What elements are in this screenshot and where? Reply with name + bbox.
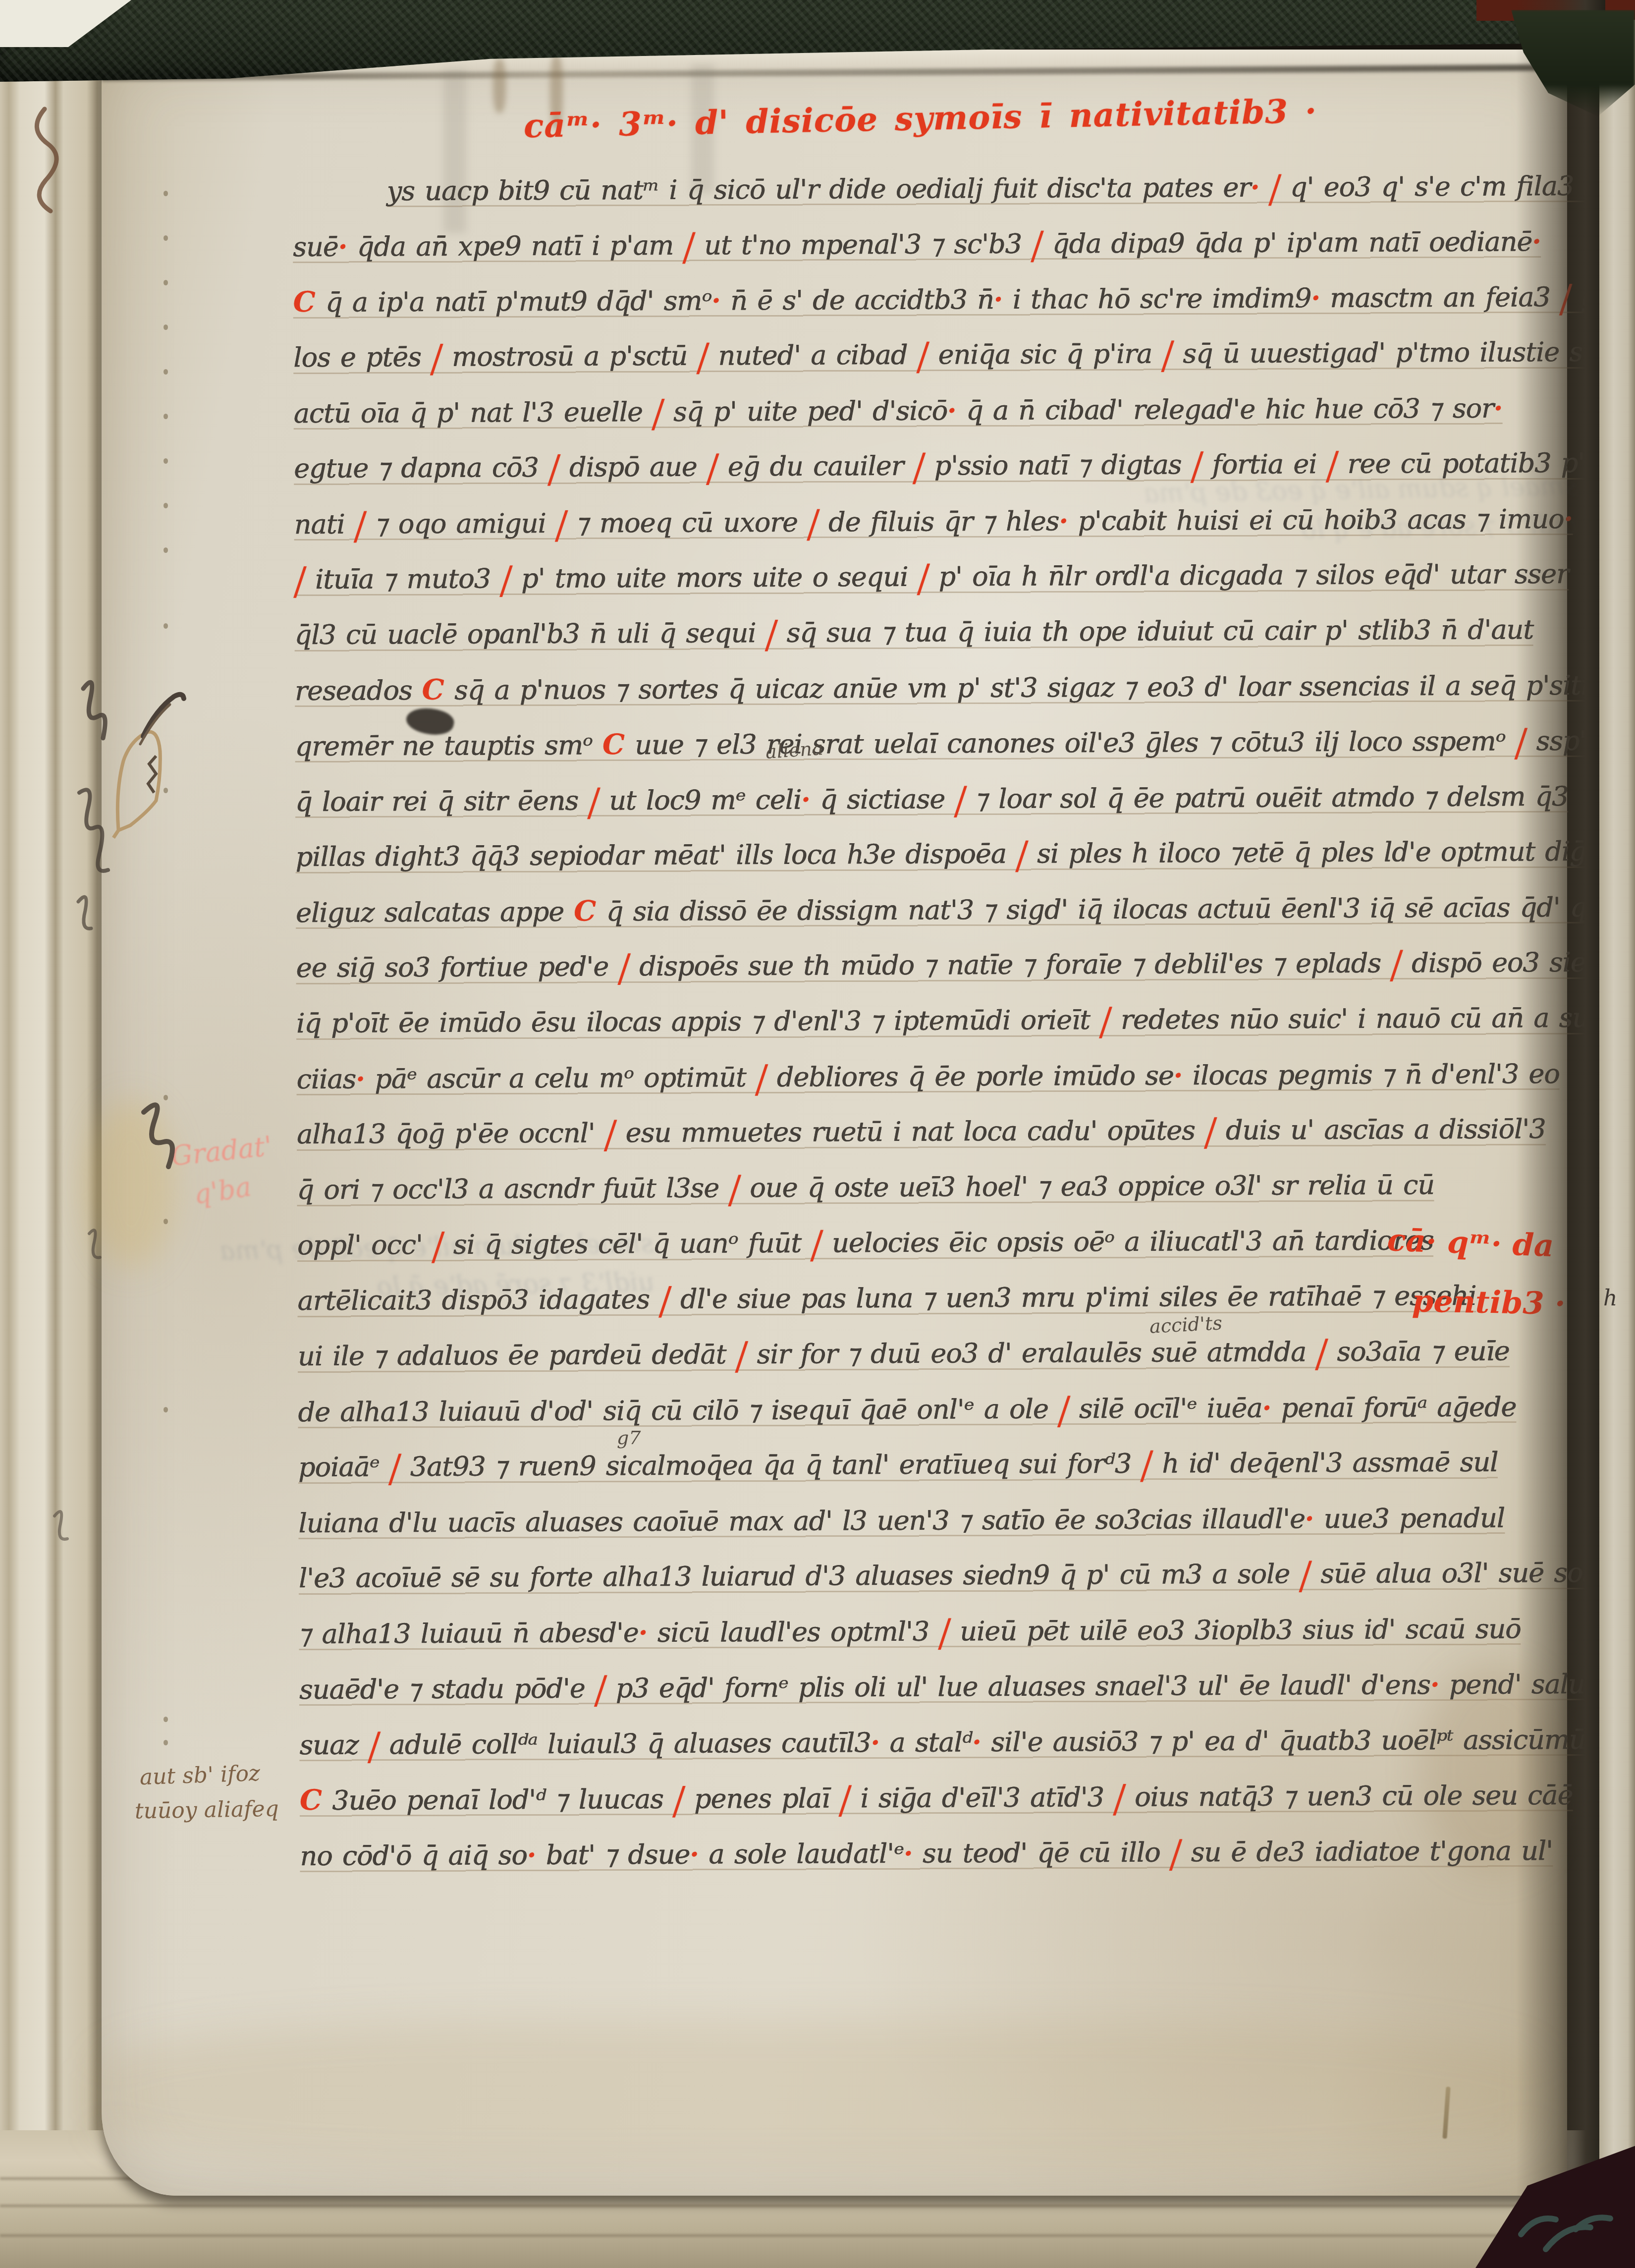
- manuscript-text-line: alha13 q̄oḡ p'ēe occnl' / esu mmuetes ru…: [297, 1106, 1546, 1167]
- binding-stain-drip: [493, 58, 506, 113]
- manuscript-text-line: eliguz salcatas appe C q̄ sia dissō ēe d…: [296, 884, 1603, 945]
- manuscript-page: smael q̄ sdum ail'e q̄ eo3 de p'ma uidl'…: [102, 50, 1567, 2196]
- pricking-dot: [163, 1740, 168, 1745]
- manuscript-text-line: luiana d'lu uacīs aluases caoīuē max ad'…: [298, 1495, 1505, 1556]
- manuscript-text-line: ⁊ alha13 luiauū n̄ abesd'e· sicū laudl'e…: [299, 1606, 1521, 1667]
- pricking-dot: [163, 191, 168, 196]
- manuscript-text-line: / ituīa ⁊ muto3 / p' tmo uite mors uite …: [294, 551, 1569, 612]
- manuscript-text-line: poiaāᵉ / 3at93 ⁊ ruen9 sicalmoq̄ea q̄a q…: [298, 1439, 1498, 1500]
- manuscript-text-line: l'e3 acoīuē sē su forte alha13 luiarud d…: [299, 1550, 1631, 1611]
- stacked-page-edges-left: [0, 42, 114, 2268]
- pricking-dot: [163, 503, 168, 508]
- manuscript-text-line: artēlicait3 dispō3 idagates / dl'e siue …: [297, 1273, 1476, 1334]
- margin-note-left-faded-line2: q'ba: [192, 1171, 254, 1210]
- manuscript-text-line: qremēr ne tauptis smᵒ C uue ⁊ el3 rei sr…: [295, 717, 1635, 779]
- pricking-dot: [163, 1219, 168, 1224]
- parchment-stain: [102, 2021, 1538, 2170]
- manuscript-text-line: reseados C sq̄ a p'nuos ⁊ sortes q̄ uica…: [295, 662, 1604, 723]
- manuscript-text-line: q̄ loair rei q̄ sitr ēens / ut loc9 mᵉ c…: [295, 773, 1569, 834]
- manuscript-text-line: q̄l3 cū uaclē opanl'b3 n̄ uli q̄ sequi /…: [294, 607, 1533, 668]
- pricking-dot: [163, 324, 168, 330]
- manuscript-text-line: no cōd'ō q̄ aiq̄ so· bat' ⁊ dsue· a sole…: [300, 1828, 1553, 1889]
- margin-note-left-faded-line1: Gradat': [169, 1130, 273, 1172]
- pricking-dot: [163, 1095, 168, 1100]
- manuscript-text-line: nati / ⁊ oqo amigui / ⁊ moeq cū uxore / …: [294, 496, 1573, 557]
- pricking-dot: [163, 547, 168, 553]
- manuscript-text-line: q̄ ori ⁊ occ'l3 a ascndr fuūt l3se / oue…: [297, 1162, 1434, 1223]
- manicule-pointing-hand-icon: [109, 682, 193, 845]
- interlinear-gloss: accid'ts: [1149, 1312, 1223, 1338]
- manuscript-text-line: ee siḡ so3 fortiue ped'e / dispoēs sue t…: [296, 939, 1618, 1001]
- manuscript-photo: smael q̄ sdum ail'e q̄ eo3 de p'ma uidl'…: [0, 0, 1635, 2268]
- manuscript-text-line: C q̄ a ip'a natī p'mut9 dq̄d' smᵒ· n̄ ē …: [293, 273, 1635, 335]
- manuscript-text-block: ys uacp bit9 cū natᵐ i q̄ sicō ul'r dide…: [292, 162, 1635, 1889]
- margin-note-left-brown-line1: aut sb' ifoz: [139, 1761, 261, 1790]
- pricking-dot: [163, 280, 168, 285]
- manuscript-text-line: suaz / adulē collᵈᵃ luiaul3 q̄ aluases c…: [299, 1716, 1601, 1777]
- pricking-dot: [163, 235, 168, 241]
- manuscript-text-line: suē· q̄da an̄ xpe9 natī i p'am / ut t'no…: [293, 218, 1541, 279]
- leaf-edge-crease: [0, 2205, 1635, 2207]
- manuscript-text-line: los e ptēs / mostrosū a p'sctū / nuted' …: [293, 329, 1618, 390]
- manuscript-text-line: egtue ⁊ dapna cō3 / dispō aue / eḡ du ca…: [294, 440, 1600, 501]
- interlinear-gloss: aliena: [765, 737, 824, 763]
- parchment-crack: [1442, 2087, 1450, 2139]
- manuscript-text-line: pillas dight3 q̄q̄3 sepiodar mēat' ills …: [295, 829, 1586, 890]
- manuscript-text-line: suaēd'e ⁊ stadu pōd'e / p3 eq̄d' fornᵉ p…: [299, 1661, 1598, 1722]
- stray-ink-mark: h: [1603, 1286, 1617, 1311]
- pricking-dot: [163, 1717, 168, 1722]
- margin-note-right-rubric-line2: pentib3 ·: [1412, 1283, 1566, 1321]
- manuscript-text-line: actū oīa q̄ p' nat l'3 euelle / sq̄ p' u…: [293, 385, 1502, 446]
- chapter-rubric-heading: cāᵐ· 3ᵐ· d' disicōe symoīs ī nativitatib…: [523, 92, 1317, 146]
- manuscript-text-line: iq̄ p'oīt ēe imūdo ēsu ilocas appis ⁊ d'…: [296, 995, 1605, 1056]
- manuscript-text-line: ciias· pāᵉ ascūr a celu mᵒ optimūt / deb…: [296, 1051, 1560, 1112]
- manuscript-text-line: ys uacp bit9 cū natᵐ i q̄ sicō ul'r dide…: [386, 162, 1635, 223]
- pricking-dot: [163, 1407, 168, 1412]
- pricking-dot: [163, 788, 168, 793]
- pricking-dot: [163, 458, 168, 464]
- margin-note-right-rubric-line1: cā· qᵐ· da: [1387, 1222, 1555, 1264]
- pricking-dot: [163, 623, 168, 629]
- pricking-dot: [163, 369, 168, 375]
- manuscript-text-line: C 3uēo penaī lod'ᵈ ⁊ luucas / penes plaī…: [300, 1772, 1573, 1833]
- pricking-dot: [163, 414, 168, 419]
- interlinear-gloss: g7: [617, 1427, 641, 1449]
- manuscript-text-line: ui ile ⁊ adaluos ēe pardeū dedāt / sir f…: [298, 1328, 1510, 1389]
- facing-page-fore-edge: h: [1599, 20, 1635, 2268]
- margin-note-left-brown-line2: tuūoy aliafeq: [135, 1796, 279, 1824]
- leaf-edge-crease: [0, 2234, 1635, 2237]
- manuscript-text-line: de alha13 luiauū d'od' siq̄ cū cilō ⁊ is…: [298, 1384, 1516, 1445]
- manuscript-text-line: oppl' occ' / si q̄ sigtes cēl' q̄ uanᵒ f…: [297, 1218, 1434, 1278]
